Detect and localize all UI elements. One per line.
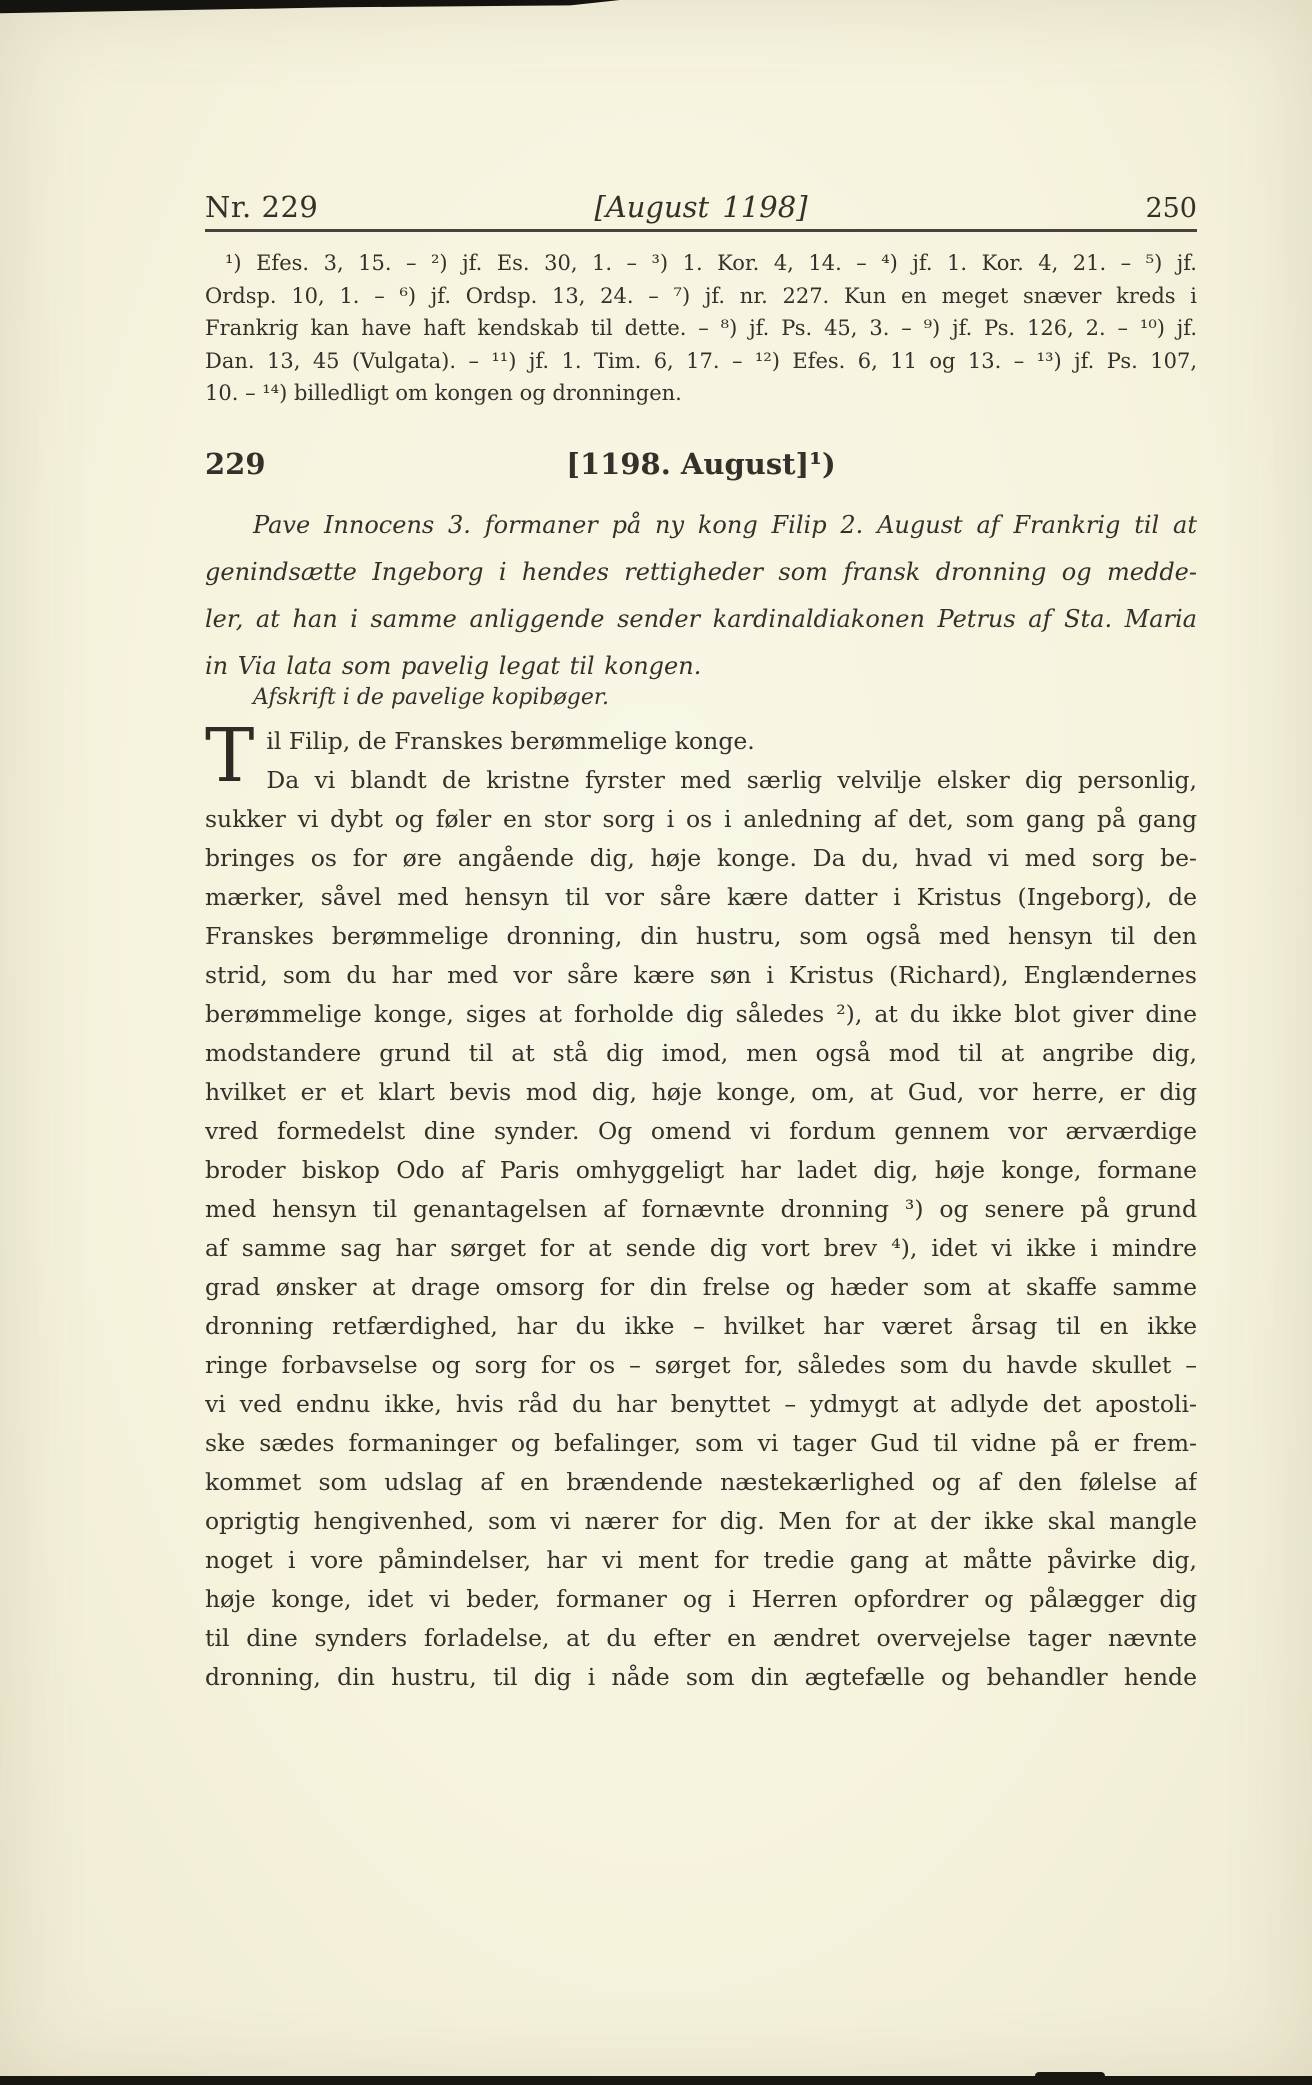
body-line: vi ved endnu ikke, hvis råd du har benyt… — [205, 1385, 1197, 1424]
page-content: Nr. 229 [August 1198] 250 ¹) Efes. 3, 15… — [205, 0, 1197, 2085]
body-line: hvilket er et klart bevis mod dig, høje … — [205, 1073, 1197, 1112]
body-line: broder biskop Odo af Paris omhyggeligt h… — [205, 1151, 1197, 1190]
footnote-line: Ordsp. 10, 1. – ⁶) jf. Ordsp. 13, 24. – … — [205, 280, 1197, 313]
footnote-block: ¹) Efes. 3, 15. – ²) jf. Es. 30, 1. – ³)… — [205, 247, 1197, 410]
summary-line: in Via lata som pavelig legat til kongen… — [205, 643, 1197, 690]
body-line: kommet som udslag af en brændende næstek… — [205, 1463, 1197, 1502]
scan-edge-artifact-bottom — [0, 2076, 1312, 2085]
footnote-line: Frankrig kan have haft kendskab til dett… — [205, 312, 1197, 345]
header-rule — [205, 229, 1197, 232]
body-line: af samme sag har sørget for at sende dig… — [205, 1229, 1197, 1268]
body-line: med hensyn til genantagelsen af fornævnt… — [205, 1190, 1197, 1229]
body-line: dronning, din hustru, til dig i nåde som… — [205, 1658, 1197, 1697]
body-line: Franskes berømmelige dronning, din hustr… — [205, 917, 1197, 956]
body-line: sukker vi dybt og føler en stor sorg i o… — [205, 800, 1197, 839]
source-note: Afskrift i de pavelige kopibøger. — [205, 685, 1197, 710]
drop-cap: T — [205, 722, 266, 794]
entry-summary: Pave Innocens 3. formaner på ny kong Fil… — [205, 502, 1197, 690]
running-head-date: [August 1198] — [497, 190, 905, 224]
letter-body: T il Filip, de Franskes berømmelige kong… — [205, 722, 1197, 1697]
footnote-line: 10. – ¹⁴) billedligt om kongen og dronni… — [205, 377, 1197, 410]
body-line: vred formedelst dine synder. Og omend vi… — [205, 1112, 1197, 1151]
running-head: Nr. 229 [August 1198] 250 — [205, 190, 1197, 226]
body-line: berømmelige konge, siges at forholde dig… — [205, 995, 1197, 1034]
body-line: dronning retfærdighed, har du ikke – hvi… — [205, 1307, 1197, 1346]
page-number: 250 — [905, 193, 1197, 224]
body-line: strid, som du har med vor såre kære søn … — [205, 956, 1197, 995]
footnote-line: Dan. 13, 45 (Vulgata). – ¹¹) jf. 1. Tim.… — [205, 345, 1197, 378]
scanned-book-page: Nr. 229 [August 1198] 250 ¹) Efes. 3, 15… — [0, 0, 1312, 2085]
summary-line: Pave Innocens 3. formaner på ny kong Fil… — [205, 502, 1197, 549]
entry-heading: 229 [1198. August]¹) — [205, 447, 1197, 481]
summary-line: genindsætte Ingeborg i hendes rettighede… — [205, 549, 1197, 596]
body-line: ringe forbavselse og sorg for os – sørge… — [205, 1346, 1197, 1385]
body-line: noget i vore påmindelser, har vi ment fo… — [205, 1541, 1197, 1580]
entry-date-heading: [1198. August]¹) — [205, 447, 1197, 481]
summary-line: ler, at han i samme anliggende sender ka… — [205, 596, 1197, 643]
body-line: bringes os for øre angående dig, høje ko… — [205, 839, 1197, 878]
salutation-line: il Filip, de Franskes berømmelige konge. — [266, 722, 1197, 761]
body-line: grad ønsker at drage omsorg for din frel… — [205, 1268, 1197, 1307]
body-line: ske sædes formaninger og befalinger, som… — [205, 1424, 1197, 1463]
body-line: Da vi blandt de kristne fyrster med særl… — [266, 761, 1197, 800]
running-head-number: Nr. 229 — [205, 190, 497, 224]
body-line: modstandere grund til at stå dig imod, m… — [205, 1034, 1197, 1073]
footnote-line: ¹) Efes. 3, 15. – ²) jf. Es. 30, 1. – ³)… — [205, 247, 1197, 280]
body-line: til dine synders forladelse, at du efter… — [205, 1619, 1197, 1658]
body-line: mærker, såvel med hensyn til vor såre kæ… — [205, 878, 1197, 917]
body-line: oprigtig hengivenhed, som vi nærer for d… — [205, 1502, 1197, 1541]
body-line: høje konge, idet vi beder, formaner og i… — [205, 1580, 1197, 1619]
